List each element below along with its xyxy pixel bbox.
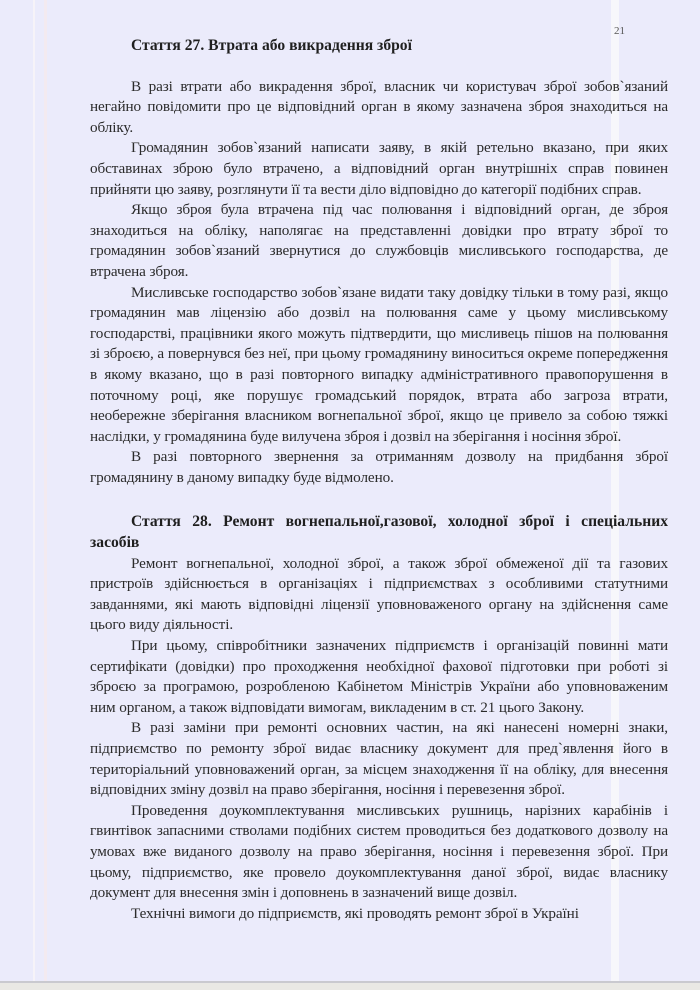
paragraph: Проведення доукомплектування мисливських… [90,801,668,904]
paragraph: Мисливське господарство зобов`язане вида… [90,283,668,448]
scan-artifact-stripe [33,0,35,981]
paragraph: Громадянин зобов`язаний написати заяву, … [90,138,668,200]
paragraph: При цьому, співробітники зазначених підп… [90,636,668,718]
paragraph: Ремонт вогнепальної, холодної зброї, а т… [90,554,668,636]
article-heading: Стаття 27. Втрата або викрадення зброї [90,36,668,57]
scanned-page: 21 Стаття 27. Втрата або викрадення збро… [0,0,700,983]
paragraph: Якщо зброя була втрачена під час полюван… [90,200,668,282]
article-heading: Стаття 28. Ремонт вогнепальної,газової, … [90,512,668,553]
paragraph: В разі заміни при ремонті основних части… [90,718,668,800]
paragraph: В разі повторного звернення за отримання… [90,447,668,488]
article-27: Стаття 27. Втрата або викрадення зброї В… [90,36,668,488]
paragraph: В разі втрати або викрадення зброї, влас… [90,77,668,139]
scan-artifact-stripe [44,0,47,981]
paragraph: Технічні вимоги до підприємств, які пров… [90,904,668,925]
article-28: Стаття 28. Ремонт вогнепальної,газової, … [90,512,668,924]
document-body: Стаття 27. Втрата або викрадення зброї В… [90,36,668,924]
